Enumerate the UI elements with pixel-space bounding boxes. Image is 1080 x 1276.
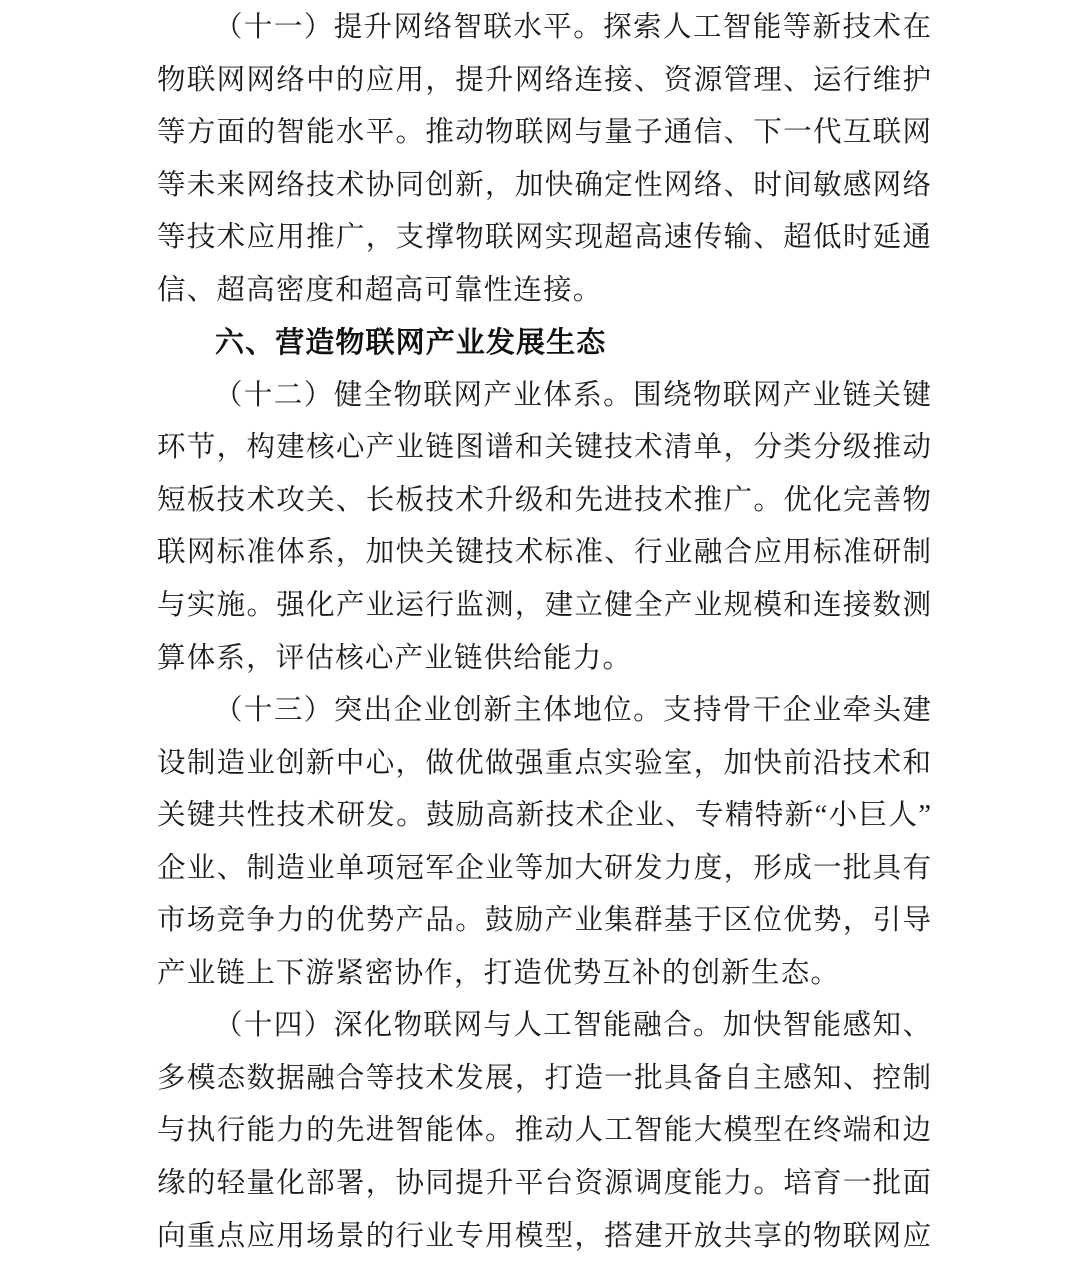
text-line: 等方面的智能水平。推动物联网与量子通信、下一代互联网 [157, 107, 931, 160]
text-line: 联网标准体系，加快关键技术标准、行业融合应用标准研制 [157, 527, 931, 580]
text-line: （十三）突出企业创新主体地位。支持骨干企业牵头建 [157, 685, 931, 738]
text-line: 缘的轻量化部署，协同提升平台资源调度能力。培育一批面 [157, 1158, 931, 1211]
text-block: （十一）提升网络智联水平。探索人工智能等新技术在 物联网网络中的应用，提升网络连… [157, 2, 931, 1263]
text-line: （十四）深化物联网与人工智能融合。加快智能感知、 [157, 1000, 931, 1053]
text-line: 等未来网络技术协同创新，加快确定性网络、时间敏感网络 [157, 160, 931, 213]
text-line: 产业链上下游紧密协作，打造优势互补的创新生态。 [157, 948, 931, 1001]
text-line: 环节，构建核心产业链图谱和关键技术清单，分类分级推动 [157, 422, 931, 475]
text-line: 企业、制造业单项冠军企业等加大研发力度，形成一批具有 [157, 843, 931, 896]
paragraph-item-11: （十一）提升网络智联水平。探索人工智能等新技术在 物联网网络中的应用，提升网络连… [157, 2, 931, 317]
paragraph-item-14: （十四）深化物联网与人工智能融合。加快智能感知、 多模态数据融合等技术发展，打造… [157, 1000, 931, 1263]
paragraph-item-13: （十三）突出企业创新主体地位。支持骨干企业牵头建 设制造业创新中心，做优做强重点… [157, 685, 931, 1000]
document-page: （十一）提升网络智联水平。探索人工智能等新技术在 物联网网络中的应用，提升网络连… [0, 0, 1080, 1276]
section-heading: 六、营造物联网产业发展生态 [157, 317, 931, 370]
text-line: （十二）健全物联网产业体系。围绕物联网产业链关键 [157, 370, 931, 423]
text-line: 算体系，评估核心产业链供给能力。 [157, 633, 931, 686]
text-line: 市场竞争力的优势产品。鼓励产业集群基于区位优势，引导 [157, 895, 931, 948]
text-line: 与实施。强化产业运行监测，建立健全产业规模和连接数测 [157, 580, 931, 633]
text-line: 设制造业创新中心，做优做强重点实验室，加快前沿技术和 [157, 738, 931, 791]
text-line: 信、超高密度和超高可靠性连接。 [157, 265, 931, 318]
text-line: （十一）提升网络智联水平。探索人工智能等新技术在 [157, 2, 931, 55]
text-line: 向重点应用场景的行业专用模型，搭建开放共享的物联网应 [157, 1211, 931, 1264]
text-line: 与执行能力的先进智能体。推动人工智能大模型在终端和边 [157, 1105, 931, 1158]
text-line: 物联网网络中的应用，提升网络连接、资源管理、运行维护 [157, 55, 931, 108]
text-line: 多模态数据融合等技术发展，打造一批具备自主感知、控制 [157, 1053, 931, 1106]
text-line: 关键共性技术研发。鼓励高新技术企业、专精特新“小巨人” [157, 790, 931, 843]
text-line: 等技术应用推广，支撑物联网实现超高速传输、超低时延通 [157, 212, 931, 265]
text-line: 短板技术攻关、长板技术升级和先进技术推广。优化完善物 [157, 475, 931, 528]
paragraph-item-12: （十二）健全物联网产业体系。围绕物联网产业链关键 环节，构建核心产业链图谱和关键… [157, 370, 931, 685]
